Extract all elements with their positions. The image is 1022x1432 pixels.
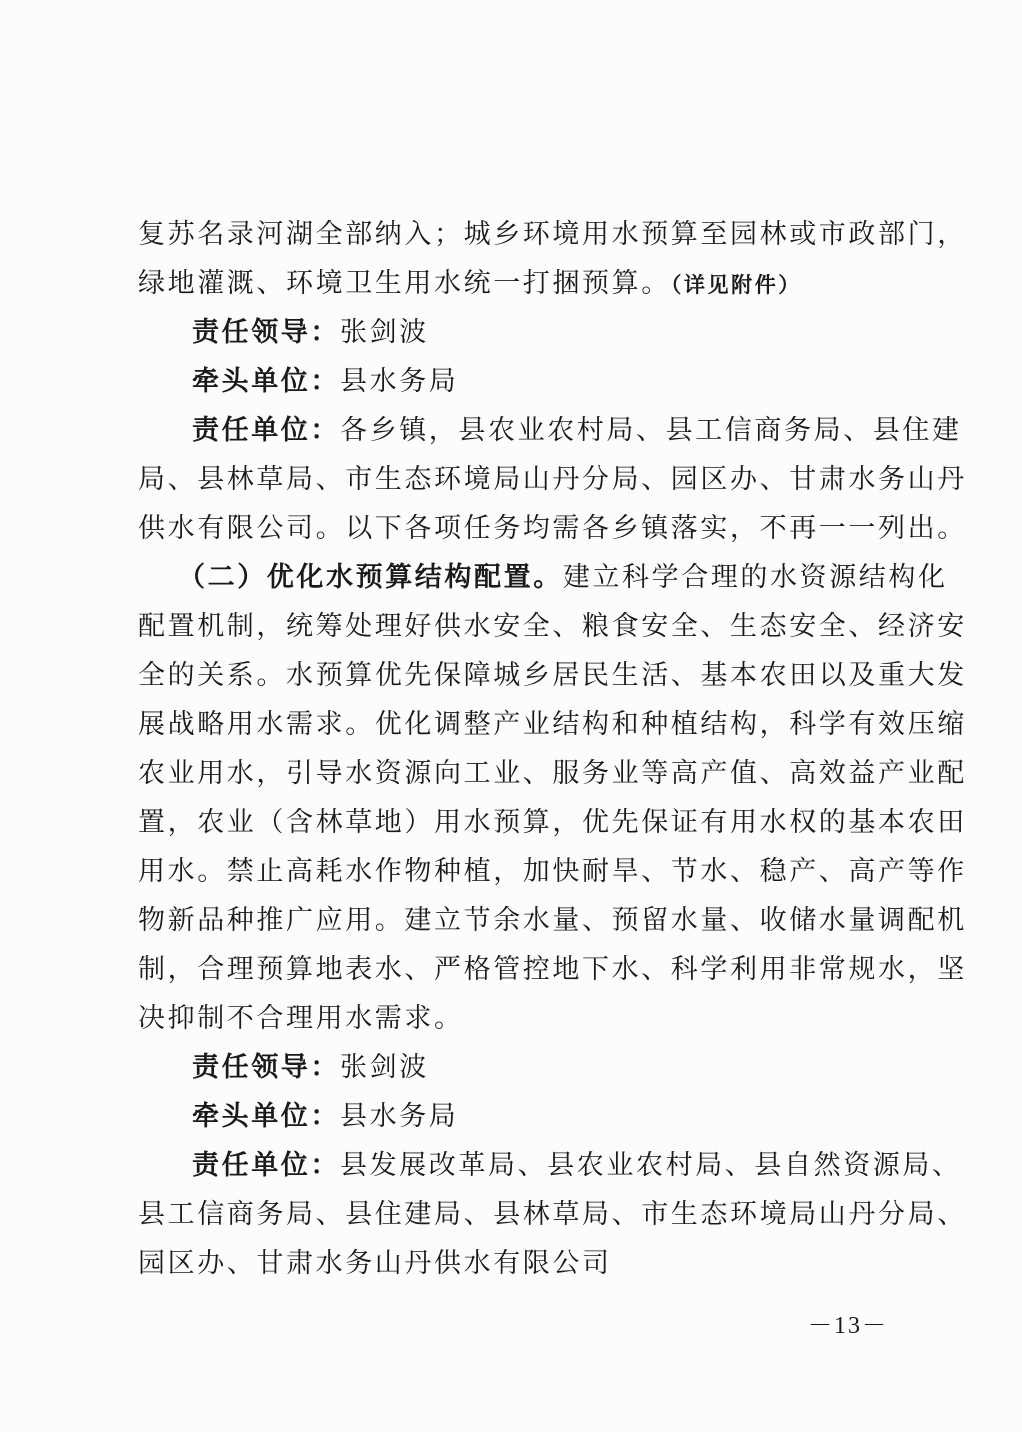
resp-units-value: 园区办、甘肃水务山丹供水有限公司 xyxy=(138,1248,612,1279)
text-line: 绿地灌溉、环境卫生用水统一打捆预算。（详见附件） xyxy=(138,259,876,308)
section-heading-line: （二）优化水预算结构配置。建立科学合理的水资源结构化 xyxy=(138,553,876,602)
paragraph-text: 全的关系。水预算优先保障城乡居民生活、基本农田以及重大发 xyxy=(138,660,967,691)
section-heading: （二）优化水预算结构配置。 xyxy=(178,562,563,593)
leader-label: 责任领导： xyxy=(192,317,340,348)
paragraph-text: 复苏名录河湖全部纳入；城乡环境用水预算至园林或市政部门， xyxy=(138,219,967,250)
paragraph-text: 农业用水，引导水资源向工业、服务业等高产值、高效益产业配 xyxy=(138,758,967,789)
responsible-leader-1: 责任领导：张剑波 xyxy=(138,308,876,357)
text-line: 县工信商务局、县住建局、县林草局、市生态环境局山丹分局、 xyxy=(138,1190,876,1239)
paragraph-text: 建立科学合理的水资源结构化 xyxy=(563,562,948,593)
text-line: 全的关系。水预算优先保障城乡居民生活、基本农田以及重大发 xyxy=(138,651,876,700)
paragraph-text: 物新品种推广应用。建立节余水量、预留水量、收储水量调配机 xyxy=(138,905,967,936)
resp-units-label: 责任单位： xyxy=(192,415,340,446)
text-line: 物新品种推广应用。建立节余水量、预留水量、收储水量调配机 xyxy=(138,896,876,945)
resp-units-label: 责任单位： xyxy=(192,1150,340,1181)
lead-unit-1: 牵头单位：县水务局 xyxy=(138,357,876,406)
leader-value: 张剑波 xyxy=(340,317,429,348)
paragraph-text: 用水。禁止高耗水作物种植，加快耐旱、节水、稳产、高产等作 xyxy=(138,856,967,887)
text-line: 农业用水，引导水资源向工业、服务业等高产值、高效益产业配 xyxy=(138,749,876,798)
paragraph-text: 绿地灌溉、环境卫生用水统一打捆预算。 xyxy=(138,268,671,299)
resp-units-value: 局、县林草局、市生态环境局山丹分局、园区办、甘肃水务山丹 xyxy=(138,464,967,495)
leader-value: 张剑波 xyxy=(340,1052,429,1083)
text-line: 配置机制，统筹处理好供水安全、粮食安全、生态安全、经济安 xyxy=(138,602,876,651)
lead-unit-2: 牵头单位：县水务局 xyxy=(138,1092,876,1141)
resp-units-value: 供水有限公司。以下各项任务均需各乡镇落实，不再一一列出。 xyxy=(138,513,967,544)
text-line: 园区办、甘肃水务山丹供水有限公司 xyxy=(138,1239,876,1288)
attachment-note: （详见附件） xyxy=(671,273,802,297)
lead-unit-label: 牵头单位： xyxy=(192,366,340,397)
text-line: 供水有限公司。以下各项任务均需各乡镇落实，不再一一列出。 xyxy=(138,504,876,553)
body-text: 复苏名录河湖全部纳入；城乡环境用水预算至园林或市政部门， 绿地灌溉、环境卫生用水… xyxy=(138,210,876,1288)
paragraph-text: 配置机制，统筹处理好供水安全、粮食安全、生态安全、经济安 xyxy=(138,611,967,642)
resp-units-value: 县工信商务局、县住建局、县林草局、市生态环境局山丹分局、 xyxy=(138,1199,967,1230)
text-line: 置，农业（含林草地）用水预算，优先保证有用水权的基本农田 xyxy=(138,798,876,847)
responsible-units-2: 责任单位：县发展改革局、县农业农村局、县自然资源局、 xyxy=(138,1141,876,1190)
resp-units-value: 各乡镇，县农业农村局、县工信商务局、县住建 xyxy=(340,415,962,446)
paragraph-text: 置，农业（含林草地）用水预算，优先保证有用水权的基本农田 xyxy=(138,807,967,838)
paragraph-text: 决抑制不合理用水需求。 xyxy=(138,1003,464,1034)
document-page: 复苏名录河湖全部纳入；城乡环境用水预算至园林或市政部门， 绿地灌溉、环境卫生用水… xyxy=(0,0,1022,1432)
lead-unit-value: 县水务局 xyxy=(340,1101,458,1132)
responsible-units-1: 责任单位：各乡镇，县农业农村局、县工信商务局、县住建 xyxy=(138,406,876,455)
text-line: 用水。禁止高耗水作物种植，加快耐旱、节水、稳产、高产等作 xyxy=(138,847,876,896)
resp-units-value: 县发展改革局、县农业农村局、县自然资源局、 xyxy=(340,1150,962,1181)
text-line: 制，合理预算地表水、严格管控地下水、科学利用非常规水，坚 xyxy=(138,945,876,994)
leader-label: 责任领导： xyxy=(192,1052,340,1083)
text-line: 决抑制不合理用水需求。 xyxy=(138,994,876,1043)
page-number: －13－ xyxy=(808,1305,888,1340)
text-line: 局、县林草局、市生态环境局山丹分局、园区办、甘肃水务山丹 xyxy=(138,455,876,504)
text-line: 展战略用水需求。优化调整产业结构和种植结构，科学有效压缩 xyxy=(138,700,876,749)
text-line: 复苏名录河湖全部纳入；城乡环境用水预算至园林或市政部门， xyxy=(138,210,876,259)
paragraph-text: 制，合理预算地表水、严格管控地下水、科学利用非常规水，坚 xyxy=(138,954,967,985)
lead-unit-label: 牵头单位： xyxy=(192,1101,340,1132)
paragraph-text: 展战略用水需求。优化调整产业结构和种植结构，科学有效压缩 xyxy=(138,709,967,740)
responsible-leader-2: 责任领导：张剑波 xyxy=(138,1043,876,1092)
lead-unit-value: 县水务局 xyxy=(340,366,458,397)
